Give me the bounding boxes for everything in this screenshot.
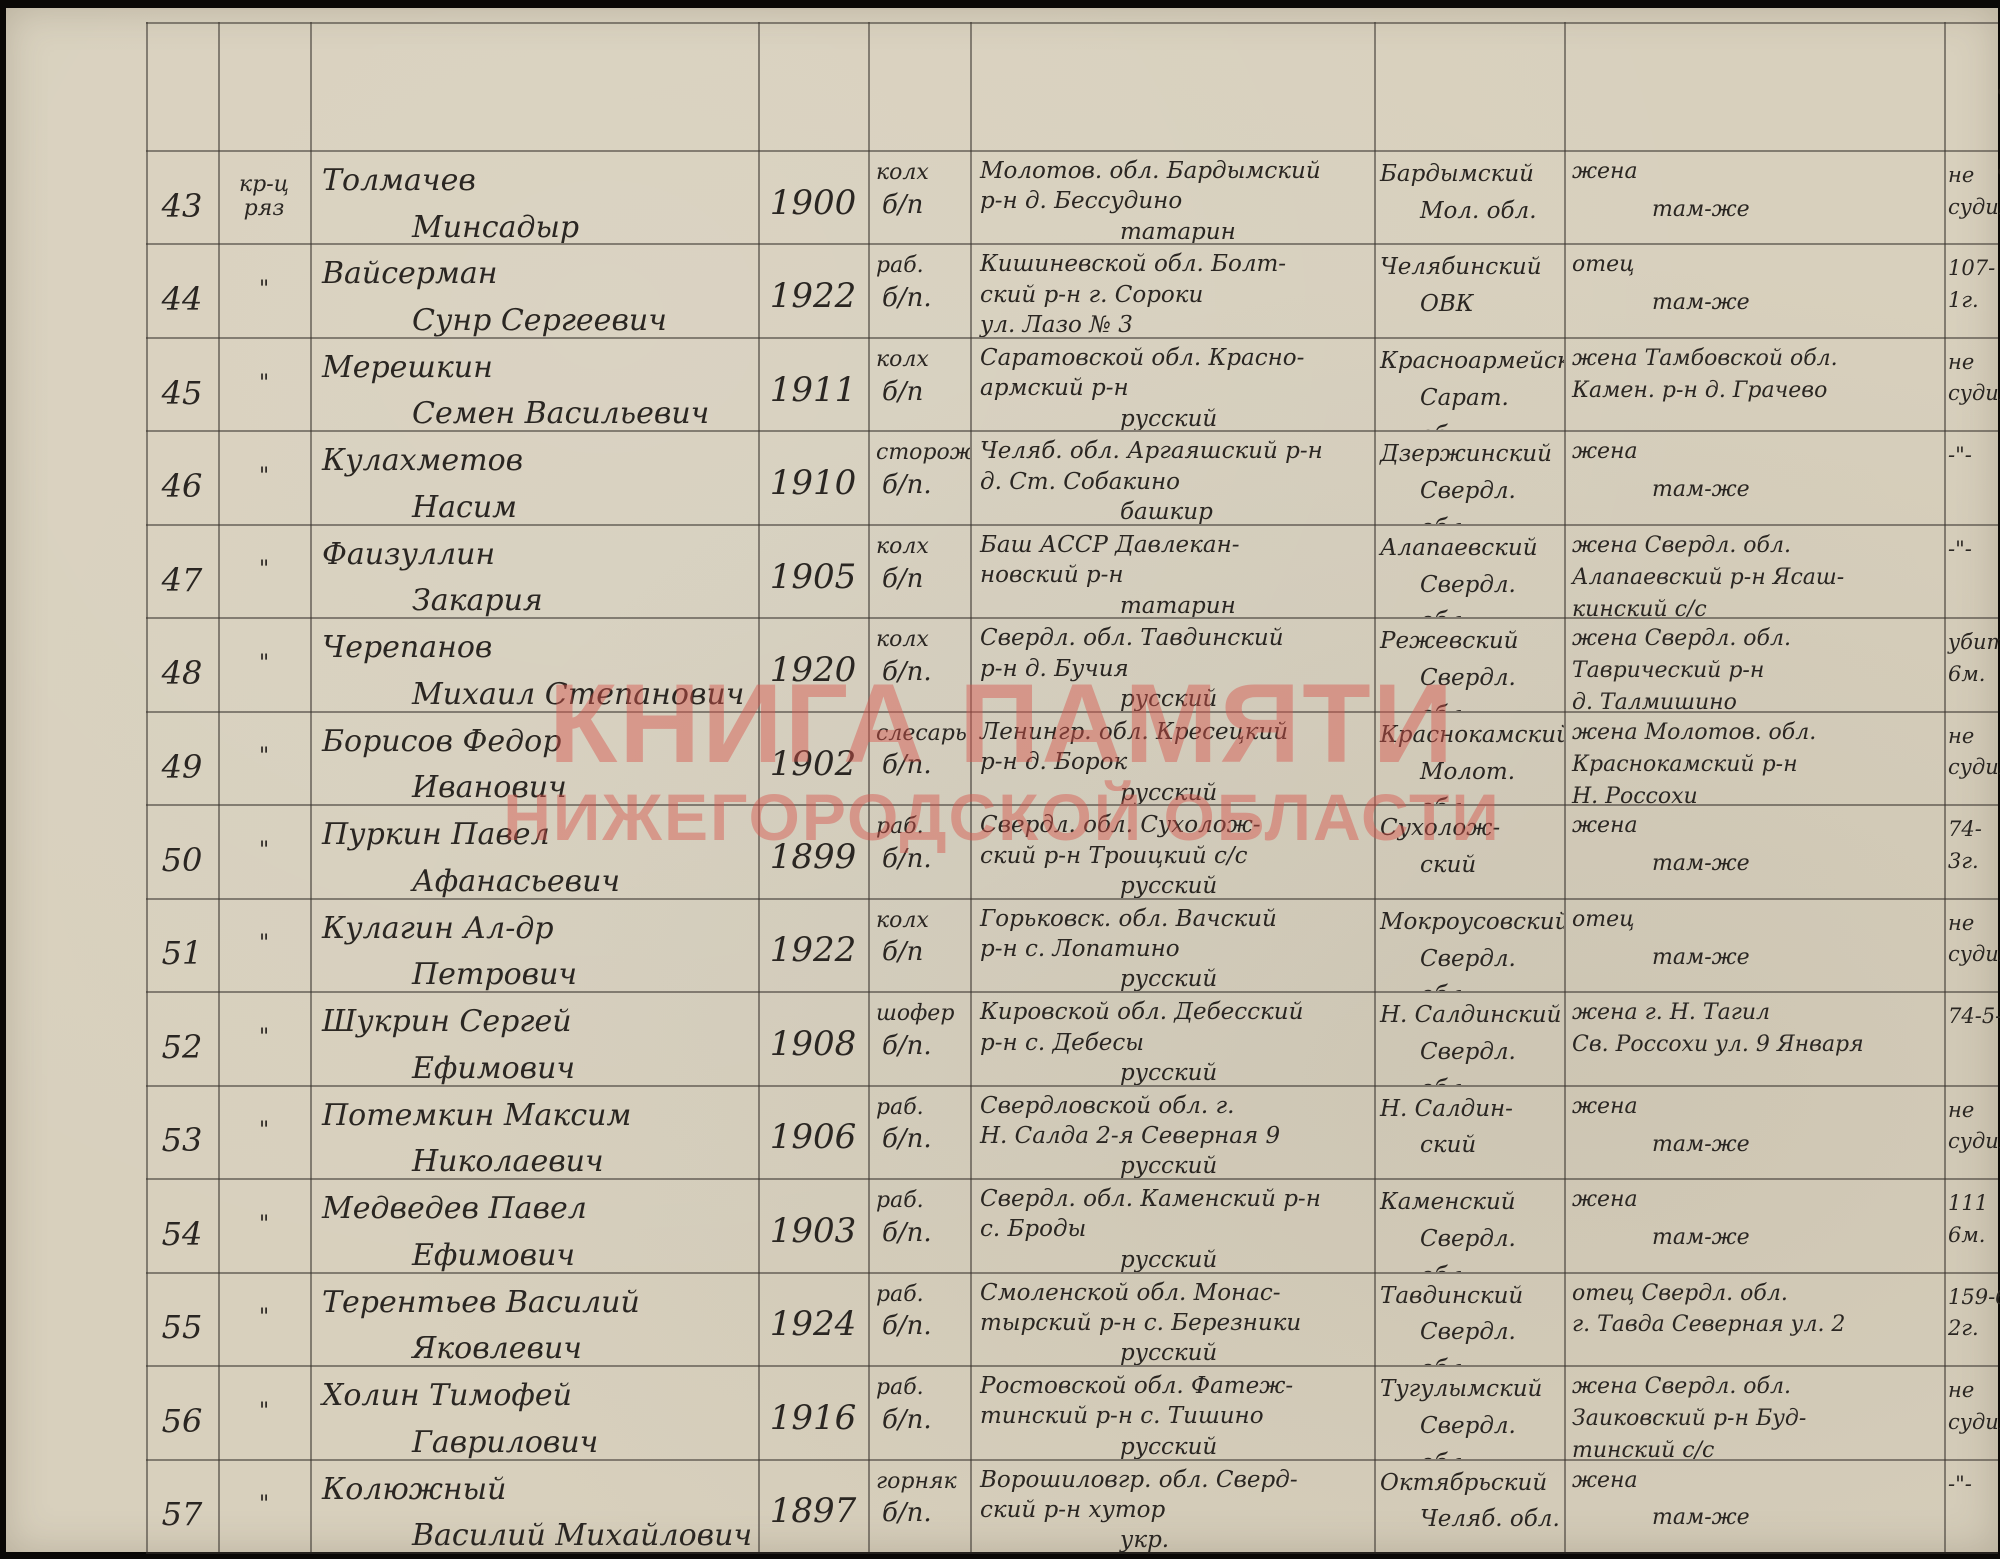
note-cell: несудим [1944,150,1998,243]
rvk-cell: БардымскийМол. обл. [1374,150,1564,243]
table-row: 47 " ФаизуллинЗакария 1905 колхб/п Баш А… [146,524,1998,617]
name-cell: КулахметовНасим [310,430,758,523]
relative-cell: жена Тамбовской обл.Камен. р-н д. Грачев… [1564,337,1944,430]
birthplace-cell: Молотов. обл. Бардымскийр-н д. Бессудино… [970,150,1374,243]
party-cell: колхб/п [868,524,970,617]
note-cell: несудим [1944,711,1998,804]
note-cell: -"- [1944,524,1998,617]
birthplace-cell: Свердловской обл. г.Н. Салда 2-я Северна… [970,1085,1374,1178]
name-cell: Пуркин ПавелАфанасьевич [310,804,758,897]
birth-year-cell: 1899 [758,804,868,897]
note-cell: несудим [1944,1365,1998,1458]
rvk-cell: ЧелябинскийОВК [1374,243,1564,336]
note-cell: 1116м. [1944,1178,1998,1271]
rank-cell: " [218,1178,310,1271]
rvk-cell: КрасноармейскийСарат. обл. [1374,337,1564,430]
nationality: русский [980,871,1370,898]
relative-cell: отец Свердл. обл.г. Тавда Северная ул. 2 [1564,1272,1944,1365]
relative-cell: жена Свердл. обл.Алапаевский р-н Ясаш-ки… [1564,524,1944,617]
table-row: 52 " Шукрин СергейЕфимович 1908 шоферб/п… [146,991,1998,1084]
note-cell: 74-3г. [1944,804,1998,897]
table-row: 51 " Кулагин Ал-дрПетрович 1922 колхб/п … [146,898,1998,991]
birthplace-cell: Ворошиловгр. обл. Сверд-ский р-н хуторук… [970,1459,1374,1552]
birth-year-cell: 1900 [758,150,868,243]
note-cell: убит6м. [1944,617,1998,710]
birth-year-cell: 1920 [758,617,868,710]
rvk-cell: ОктябрьскийЧеляб. обл. [1374,1459,1564,1552]
relative-cell: жена Молотов. обл.Краснокамский р-нН. Ро… [1564,711,1944,804]
register-table: 43 кр-цряз ТолмачевМинсадыр 1900 колхб/п… [146,22,1998,1552]
relative-cell: женатам-же [1564,1459,1944,1552]
note-cell: несудим [1944,1085,1998,1178]
nationality: русский [980,1432,1370,1459]
rvk-cell: МокроусовскийСвердл. обл. [1374,898,1564,991]
birth-year-cell: 1910 [758,430,868,523]
name-cell: Борисов ФедорИванович [310,711,758,804]
rank-cell: " [218,898,310,991]
birthplace-cell: Свердл. обл. Тавдинскийр-н д. Бучиярусск… [970,617,1374,710]
row-number: 54 [146,1178,218,1271]
birthplace-cell: Горьковск. обл. Вачскийр-н с. Лопатинору… [970,898,1374,991]
name-cell: Холин ТимофейГаврилович [310,1365,758,1458]
birthplace-cell: Баш АССР Давлекан-новский р-нтатарин [970,524,1374,617]
birth-year-cell: 1902 [758,711,868,804]
party-cell: раб.б/п. [868,1085,970,1178]
note-cell: 107-1г. [1944,243,1998,336]
name-cell: Медведев ПавелЕфимович [310,1178,758,1271]
nationality: русский [980,1151,1370,1178]
nationality: укр. [980,1525,1370,1552]
table-row: 50 " Пуркин ПавелАфанасьевич 1899 раб.б/… [146,804,1998,897]
relative-cell: отецтам-же [1564,898,1944,991]
name-cell: ФаизуллинЗакария [310,524,758,617]
rank-cell: " [218,430,310,523]
name-cell: Кулагин Ал-дрПетрович [310,898,758,991]
table-row: 53 " Потемкин МаксимНиколаевич 1906 раб.… [146,1085,1998,1178]
note-cell: -"- [1944,430,1998,523]
birthplace-cell: Смоленской обл. Монас-тырский р-н с. Бер… [970,1272,1374,1365]
party-cell: колхб/п [868,337,970,430]
rank-cell: " [218,337,310,430]
party-cell: сторожб/п. [868,430,970,523]
party-cell: раб.б/п. [868,243,970,336]
row-number: 53 [146,1085,218,1178]
rvk-cell: КраснокамскийМолот. обл. [1374,711,1564,804]
table-row: 46 " КулахметовНасим 1910 сторожб/п. Чел… [146,430,1998,523]
party-cell: колхб/п [868,898,970,991]
birthplace-cell: Ленингр. обл. Кресецкийр-н д. Борокрусск… [970,711,1374,804]
relative-cell: женатам-же [1564,804,1944,897]
party-cell: слесарьб/п. [868,711,970,804]
nationality: русский [980,1058,1370,1085]
relative-cell: женатам-же [1564,1085,1944,1178]
table-row: 56 " Холин ТимофейГаврилович 1916 раб.б/… [146,1365,1998,1458]
rvk-cell: ТугулымскийСвердл. обл. [1374,1365,1564,1458]
note-cell: 74-5- [1944,991,1998,1084]
party-cell: колхб/п [868,150,970,243]
name-cell: ЧерепановМихаил Степанович [310,617,758,710]
row-number: 57 [146,1459,218,1552]
birth-year-cell: 1906 [758,1085,868,1178]
rvk-cell: ТавдинскийСвердл. обл. [1374,1272,1564,1365]
row-divider [146,22,1998,24]
table-row: 44 " ВайсерманСунр Сергеевич 1922 раб.б/… [146,243,1998,336]
row-number: 51 [146,898,218,991]
rank-cell: кр-цряз [218,150,310,243]
rank-cell: " [218,617,310,710]
relative-cell: женатам-же [1564,430,1944,523]
relative-cell: женатам-же [1564,150,1944,243]
note-cell: 159-62г. [1944,1272,1998,1365]
rvk-cell: Сухолож-ский [1374,804,1564,897]
rank-cell: " [218,1459,310,1552]
rvk-cell: АлапаевскийСвердл. обл. [1374,524,1564,617]
name-cell: ТолмачевМинсадыр [310,150,758,243]
rvk-cell: РежевскийСвердл. обл. [1374,617,1564,710]
nationality: русский [980,778,1370,805]
name-cell: Шукрин СергейЕфимович [310,991,758,1084]
birth-year-cell: 1911 [758,337,868,430]
row-number: 50 [146,804,218,897]
rank-cell: " [218,1365,310,1458]
relative-cell: жена Свердл. обл.Заиковский р-н Буд-тинс… [1564,1365,1944,1458]
party-cell: раб.б/п. [868,1178,970,1271]
table-row: 43 кр-цряз ТолмачевМинсадыр 1900 колхб/п… [146,150,1998,243]
birthplace-cell: Челяб. обл. Аргаяшский р-нд. Ст. Собакин… [970,430,1374,523]
note-cell: несудим [1944,337,1998,430]
note-cell: -"- [1944,1459,1998,1552]
relative-cell: женатам-же [1564,1178,1944,1271]
birthplace-cell: Кишиневской обл. Болт-ский р-н г. Сороки… [970,243,1374,336]
nationality: русский [980,964,1370,991]
birth-year-cell: 1908 [758,991,868,1084]
rvk-cell: ДзержинскийСвердл. обл. [1374,430,1564,523]
nationality: русский [980,1245,1370,1272]
nationality: татарин [980,591,1370,618]
rank-cell: " [218,1272,310,1365]
name-cell: Потемкин МаксимНиколаевич [310,1085,758,1178]
row-number: 55 [146,1272,218,1365]
party-cell: шоферб/п. [868,991,970,1084]
rvk-cell: КаменскийСвердл. обл. [1374,1178,1564,1271]
birthplace-cell: Свердл. обл. Каменский р-нс. Бродырусски… [970,1178,1374,1271]
birthplace-cell: Кировской обл. Дебесскийр-н с. Дебесырус… [970,991,1374,1084]
rank-cell: " [218,991,310,1084]
party-cell: раб.б/п. [868,1365,970,1458]
rvk-cell: Н. Салдин-ский [1374,1085,1564,1178]
rank-cell: " [218,711,310,804]
party-cell: раб.б/п. [868,1272,970,1365]
rank-cell: " [218,524,310,617]
nationality: башкир [980,497,1370,524]
birth-year-cell: 1903 [758,1178,868,1271]
birthplace-cell: Ростовской обл. Фатеж-тинский р-н с. Тиш… [970,1365,1374,1458]
row-divider [146,1552,1998,1554]
row-number: 48 [146,617,218,710]
row-number: 49 [146,711,218,804]
nationality: татарин [980,217,1370,244]
row-number: 46 [146,430,218,523]
note-cell: несудим [1944,898,1998,991]
nationality: русский [980,684,1370,711]
row-number: 45 [146,337,218,430]
table-row: 49 " Борисов ФедорИванович 1902 слесарьб… [146,711,1998,804]
rank-cell: " [218,1085,310,1178]
name-cell: Терентьев ВасилийЯковлевич [310,1272,758,1365]
relative-cell: жена Свердл. обл.Таврический р-нд. Талми… [1564,617,1944,710]
name-cell: МерешкинСемен Васильевич [310,337,758,430]
document-page: 43 кр-цряз ТолмачевМинсадыр 1900 колхб/п… [6,8,1998,1552]
birth-year-cell: 1897 [758,1459,868,1552]
table-row: 45 " МерешкинСемен Васильевич 1911 колхб… [146,337,1998,430]
table-row: 55 " Терентьев ВасилийЯковлевич 1924 раб… [146,1272,1998,1365]
birth-year-cell: 1922 [758,898,868,991]
name-cell: КолюжныйВасилий Михайлович [310,1459,758,1552]
birth-year-cell: 1905 [758,524,868,617]
birthplace-cell: Свердл. обл. Сухолож-ский р-н Троицкий с… [970,804,1374,897]
row-number: 47 [146,524,218,617]
table-row: 57 " КолюжныйВасилий Михайлович 1897 гор… [146,1459,1998,1552]
party-cell: колхб/п. [868,617,970,710]
name-cell: ВайсерманСунр Сергеевич [310,243,758,336]
row-number: 44 [146,243,218,336]
table-row: 48 " ЧерепановМихаил Степанович 1920 кол… [146,617,1998,710]
nationality: русский [980,1338,1370,1365]
rank-cell: " [218,804,310,897]
birth-year-cell: 1916 [758,1365,868,1458]
relative-cell: отецтам-же [1564,243,1944,336]
nationality: русский [980,404,1370,431]
relative-cell: жена г. Н. ТагилСв. Россохи ул. 9 Января [1564,991,1944,1084]
birthplace-cell: Саратовской обл. Красно-армский р-нрусск… [970,337,1374,430]
rank-cell: " [218,243,310,336]
row-number: 52 [146,991,218,1084]
birth-year-cell: 1924 [758,1272,868,1365]
birth-year-cell: 1922 [758,243,868,336]
rvk-cell: Н. СалдинскийСвердл. обл. [1374,991,1564,1084]
party-cell: раб.б/п. [868,804,970,897]
row-number: 43 [146,150,218,243]
party-cell: горнякб/п. [868,1459,970,1552]
table-row: 54 " Медведев ПавелЕфимович 1903 раб.б/п… [146,1178,1998,1271]
row-number: 56 [146,1365,218,1458]
